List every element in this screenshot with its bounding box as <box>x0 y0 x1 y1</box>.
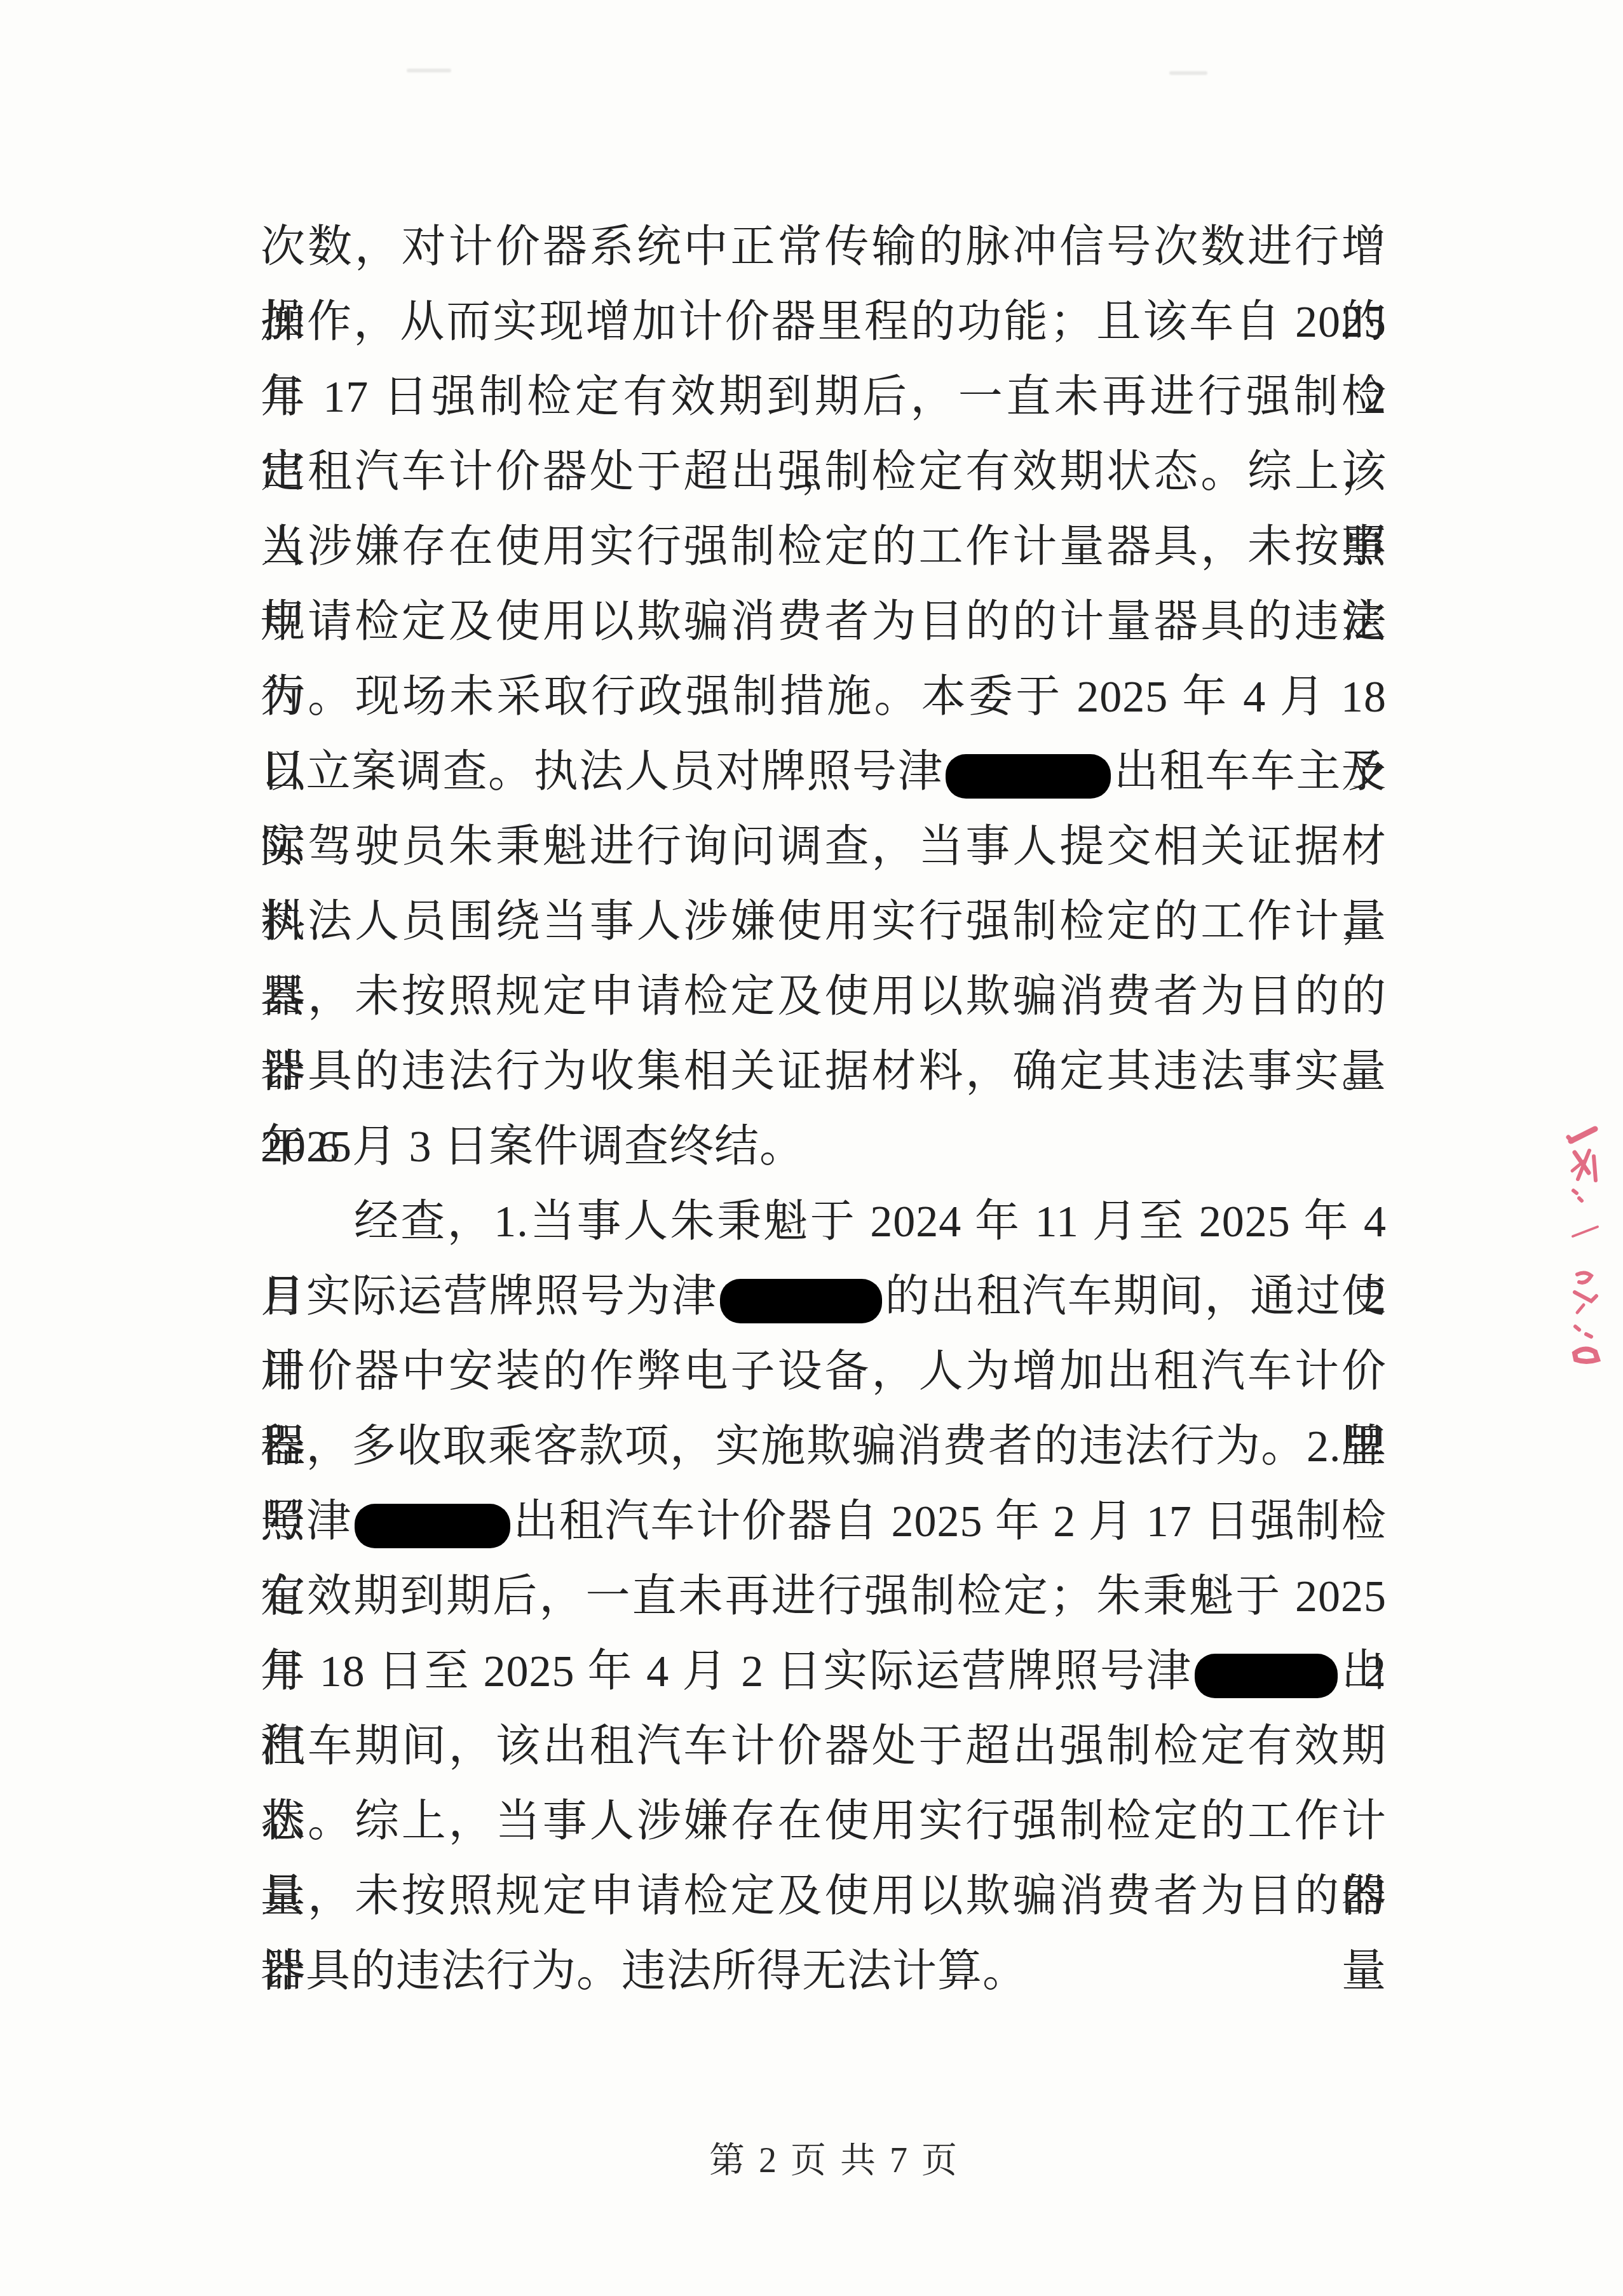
text-segment: 号津 <box>261 1497 352 1546</box>
text-line: 为。现场未采取行政强制措施。本委于 2025 年 4 月 18 日予 <box>261 660 1387 735</box>
text-segment: 器具的违法行为。违法所得无法计算。 <box>261 1947 1028 1996</box>
scan-smudge <box>1169 71 1207 75</box>
page-number-label: 第 2 页 共 7 页 <box>709 2141 960 2180</box>
text-line: 计价器中安装的作弊电子设备，人为增加出租汽车计价器里 <box>261 1335 1387 1410</box>
text-line: 号津出租汽车计价器自 2025 年 2 月 17 日强制检定 <box>261 1485 1387 1560</box>
text-segment: 以立案调查。执法人员对牌照号津 <box>261 748 943 797</box>
text-line: 态。综上，当事人涉嫌存在使用实行强制检定的工作计量器 <box>261 1785 1387 1860</box>
text-line: 经查，1.当事人朱秉魁于 2024 年 11 月至 2025 年 4 月 2 <box>261 1185 1387 1260</box>
text-line: 汽车期间，该出租汽车计价器处于超出强制检定有效期状 <box>261 1710 1387 1785</box>
text-line: 出租汽车计价器处于超出强制检定有效期状态。综上，当事 <box>261 435 1387 510</box>
text-line: 年 6 月 3 日案件调查终结。 <box>261 1110 1387 1185</box>
document-page: 次数，对计价器系统中正常传输的脉冲信号次数进行增加的操作，从而实现增加计价器里程… <box>0 0 1623 2296</box>
scan-smudge <box>407 69 451 72</box>
text-line: 月 17 日强制检定有效期到期后，一直未再进行强制检定，该 <box>261 360 1387 435</box>
text-line: 具，未按照规定申请检定及使用以欺骗消费者为目的的计量 <box>261 960 1387 1035</box>
text-line: 月 18 日至 2025 年 4 月 2 日实际运营牌照号津出租 <box>261 1635 1387 1710</box>
redaction-box <box>946 754 1111 799</box>
text-segment: 月 18 日至 2025 年 4 月 2 日实际运营牌照号津 <box>261 1647 1192 1696</box>
text-line: 际驾驶员朱秉魁进行询问调查，当事人提交相关证据材料， <box>261 810 1387 885</box>
text-line: 次数，对计价器系统中正常传输的脉冲信号次数进行增加的 <box>261 210 1387 285</box>
red-stamp-fragment <box>1558 1111 1623 1371</box>
text-line: 执法人员围绕当事人涉嫌使用实行强制检定的工作计量器 <box>261 885 1387 960</box>
redaction-box <box>720 1279 882 1323</box>
text-line: 操作，从而实现增加计价器里程的功能；且该车自 2025 年 2 <box>261 285 1387 360</box>
text-segment: 年 6 月 3 日案件调查终结。 <box>261 1123 805 1172</box>
text-line: 申请检定及使用以欺骗消费者为目的的计量器具的违法行 <box>261 585 1387 660</box>
text-line: 日实际运营牌照号为津的出租汽车期间，通过使用 <box>261 1260 1387 1335</box>
text-line: 程，多收取乘客款项，实施欺骗消费者的违法行为。2.牌照 <box>261 1410 1387 1485</box>
page-footer: 第 2 页 共 7 页 <box>0 2091 1623 2224</box>
text-line: 有效期到期后，一直未再进行强制检定；朱秉魁于 2025 年 2 <box>261 1560 1387 1635</box>
redaction-box <box>1195 1654 1338 1698</box>
body-text: 次数，对计价器系统中正常传输的脉冲信号次数进行增加的操作，从而实现增加计价器里程… <box>261 210 1387 2009</box>
text-line: 具，未按照规定申请检定及使用以欺骗消费者为目的的计量 <box>261 1860 1387 1935</box>
text-line: 器具的违法行为收集相关证据材料，确定其违法事实。2025 <box>261 1035 1387 1110</box>
text-line: 人涉嫌存在使用实行强制检定的工作计量器具，未按照规定 <box>261 510 1387 585</box>
text-segment: 日实际运营牌照号为津 <box>261 1273 717 1321</box>
text-line: 以立案调查。执法人员对牌照号津出租车车主及实 <box>261 735 1387 810</box>
redaction-box <box>355 1504 510 1548</box>
